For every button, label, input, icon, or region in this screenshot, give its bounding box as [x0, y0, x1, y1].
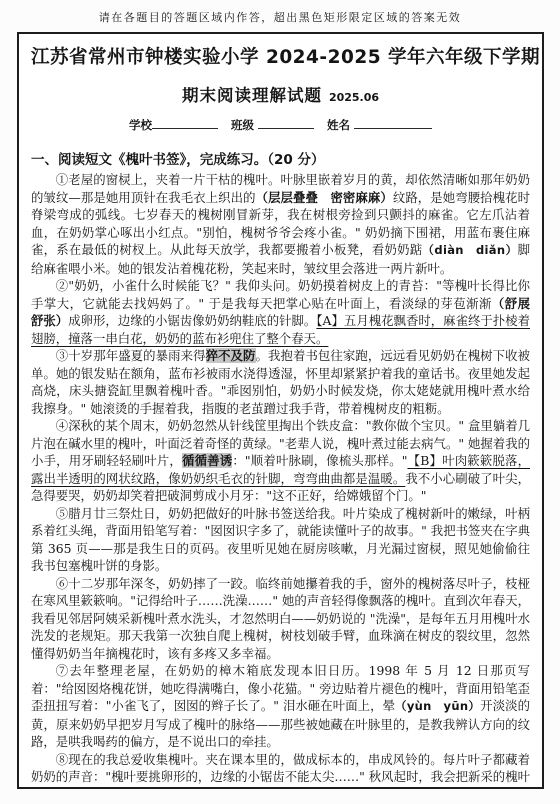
passage-paragraph: ⑧现在的我总爱收集槐叶。夹在课本里的，做成标本的，串成风铃的。每片叶子都藏着奶奶…	[31, 751, 530, 790]
field-class-label: 班级	[231, 118, 254, 132]
passage-paragraph: ③十岁那年盛夏的暴雨来得猝不及防。我抱着书包往家跑，远远看见奶奶在槐树下收被单。…	[31, 347, 530, 417]
exam-subtitle: 期末阅读理解试题	[182, 86, 322, 105]
passage-segment-plain: ⑥十二岁那年深冬，奶奶摔了一跤。临终前她攥着我的手，窗外的槐树落尽叶子，枝桠在寒…	[31, 576, 530, 661]
exam-sheet-box: 江苏省常州市钟楼实验小学 2024-2025 学年六年级下学期 期末阅读理解试题…	[17, 32, 544, 789]
field-name-blank	[354, 117, 432, 129]
passage-segment-plain: 成卵形，边缘的小锯齿像奶奶纳鞋底的针脚。	[68, 313, 316, 328]
passage-paragraph: ⑦去年整理老屋，在奶奶的樟木箱底发现本旧日历。1998 年 5 月 12 日那页…	[31, 662, 530, 751]
passage-segment-highlight: 猝不及防	[206, 348, 256, 363]
field-school-blank	[152, 117, 218, 129]
field-school-label: 学校	[129, 118, 152, 132]
passage-segment-plain: ⑧现在的我总爱收集槐叶。夹在课本里的，做成标本的，串成风铃的。每片叶子都藏着奶奶…	[31, 752, 530, 790]
passage: ①老屋的窗棂上，夹着一片干枯的槐叶。叶脉里嵌着岁月的黄，却依然清晰如那年奶奶的皱…	[31, 171, 530, 789]
passage-segment-pinyin: （yùn yūn）	[395, 699, 480, 713]
passage-segment-bold: （层层叠叠 密密麻麻）	[256, 190, 393, 205]
passage-paragraph: ⑤腊月廿三祭灶日，奶奶把做好的叶脉书签送给我。叶片染成了槐树新叶的嫩绿，叶柄系着…	[31, 505, 530, 575]
passage-paragraph: ①老屋的窗棂上，夹着一片干枯的槐叶。叶脉里嵌着岁月的黄，却依然清晰如那年奶奶的皱…	[31, 171, 530, 277]
passage-segment-plain: ②"奶奶，小雀什么时候能飞？" 我仰头问。奶奶摸着树皮上的青苔："等槐叶长得比你…	[31, 278, 530, 311]
passage-segment-pinyin: （diàn diǎn）	[422, 243, 517, 257]
field-name-label: 姓名	[327, 118, 350, 132]
student-info-row: 学校班级姓名	[31, 117, 530, 133]
passage-segment-plain: ："顺着叶脉刷，像梳头那样。"	[232, 453, 407, 468]
passage-paragraph: ④深秋的某个周末，奶奶忽然从针线筐里掏出个铁皮盒："教你做个宝贝。" 盒里躺着几…	[31, 417, 530, 505]
passage-segment-highlight: 循循善诱	[182, 453, 232, 468]
exam-subtitle-row: 期末阅读理解试题2025.06	[31, 82, 530, 106]
exam-title: 江苏省常州市钟楼实验小学 2024-2025 学年六年级下学期	[31, 43, 530, 69]
passage-segment-plain: ③十岁那年盛夏的暴雨来得	[56, 348, 206, 363]
exam-date: 2025.06	[329, 91, 379, 104]
passage-paragraph: ⑥十二岁那年深冬，奶奶摔了一跤。临终前她攥着我的手，窗外的槐树落尽叶子，枝桠在寒…	[31, 575, 530, 663]
passage-paragraph: ②"奶奶，小雀什么时候能飞？" 我仰头问。奶奶摸着树皮上的青苔："等槐叶长得比你…	[31, 277, 530, 347]
answer-area-notice: 请在各题目的答题区域内作答，超出黑色矩形限定区域的答案无效	[0, 0, 560, 25]
section-heading: 一、阅读短文《槐叶书签》，完成练习。（20 分）	[31, 148, 530, 168]
passage-segment-plain: ⑤腊月廿三祭灶日，奶奶把做好的叶脉书签送给我。叶片染成了槐树新叶的嫩绿，叶柄系着…	[31, 506, 530, 574]
field-class-blank	[258, 117, 314, 129]
